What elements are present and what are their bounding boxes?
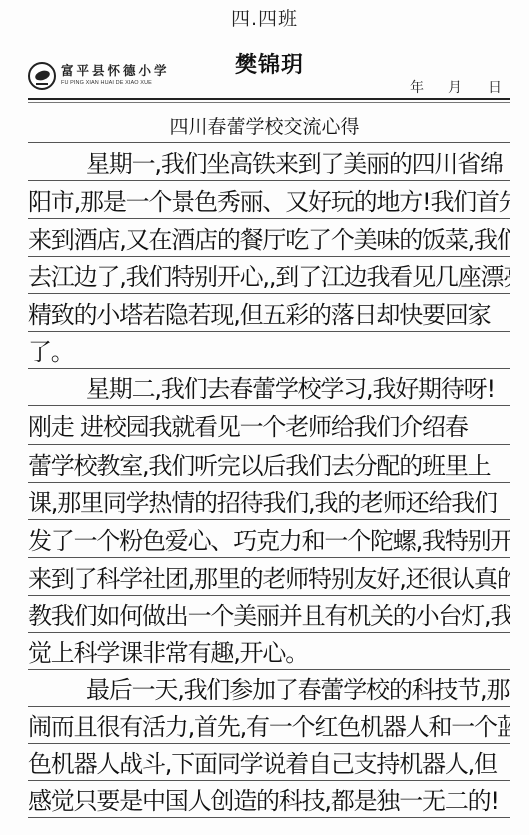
- date-year-label: 年: [410, 77, 424, 97]
- school-name-cn: 富平县怀德小学: [61, 61, 170, 79]
- ruled-line: [28, 444, 510, 445]
- essay-line: 来到酒店,又在酒店的餐厅吃了个美味的饭菜,我们: [28, 225, 510, 255]
- ruled-line: [28, 743, 510, 744]
- ruled-line: [28, 293, 510, 294]
- ruled-line: [28, 706, 510, 707]
- ruled-line: [28, 405, 510, 406]
- class-label: 四.四班: [0, 4, 529, 31]
- essay-line: 蕾学校教室,我们听完以后我们去分配的班里上: [28, 451, 510, 481]
- essay-line: 闹而且很有活力,首先,有一个红色机器人和一个蓝: [28, 712, 510, 742]
- ruled-line: [28, 669, 510, 670]
- essay-line: 来到了科学社团,那里的老师特别友好,还很认真的: [28, 564, 510, 594]
- essay-line: 教我们如何做出一个美丽并且有机关的小台灯,我感: [28, 601, 510, 631]
- essay-line: 色机器人战斗,下面同学说着自己支持机器人,但: [28, 749, 510, 779]
- essay-line: 感觉只要是中国人创造的科技,都是独一无二的!: [28, 786, 510, 816]
- ruled-line: [28, 595, 510, 596]
- date-fields: 年 月 日: [400, 77, 510, 97]
- date-month-label: 月: [448, 77, 462, 97]
- essay-line: 精致的小塔若隐若现,但五彩的落日却快要回家: [28, 300, 510, 330]
- ruled-line: [28, 557, 510, 558]
- date-day-label: 日: [488, 77, 502, 97]
- school-logo: 富平县怀德小学 FU PING XIAN HUAI DE XIAO XUE: [28, 60, 178, 96]
- essay-line: 去江边了,我们特别开心,,到了江边我看见几座漂亮: [28, 262, 510, 292]
- ruled-line: [28, 632, 510, 633]
- essay-line: 阳市,那是一个景色秀丽、又好玩的地方!我们首先: [28, 187, 510, 217]
- essay-line: 课,那里同学热情的招待我们,我的老师还给我们: [28, 488, 510, 518]
- ruled-line: [28, 331, 510, 332]
- essay-line: 了。: [28, 337, 510, 367]
- school-name-en: FU PING XIAN HUAI DE XIAO XUE: [61, 80, 152, 86]
- header-divider-thin: [28, 102, 510, 103]
- ruled-line: [28, 368, 510, 369]
- ruled-line: [28, 780, 510, 781]
- ruled-line: [28, 482, 510, 483]
- ruled-line: [28, 180, 510, 181]
- essay-line: 发了一个粉色爱心、巧克力和一个陀螺,我特别开心!又: [28, 526, 510, 556]
- essay-title: 四川春蕾学校交流心得: [0, 114, 529, 140]
- ruled-line: [28, 817, 510, 818]
- ruled-line: [28, 218, 510, 219]
- notebook-page: 四.四班 樊锦玥 富平县怀德小学 FU PING XIAN HUAI DE XI…: [0, 0, 529, 835]
- school-emblem-icon: [28, 62, 56, 90]
- essay-line: 星期二,我们去春蕾学校学习,我好期待呀!: [28, 374, 510, 404]
- essay-line: 刚走 进校园我就看见一个老师给我们介绍春: [28, 412, 510, 442]
- essay-line: 最后一天,我们参加了春蕾学校的科技节,那里热: [28, 675, 510, 705]
- header-divider: [28, 98, 510, 100]
- essay-line: 觉上科学课非常有趣,开心。: [28, 638, 510, 668]
- essay-line: 星期一,我们坐高铁来到了美丽的四川省绵: [28, 149, 510, 179]
- ruled-line: [28, 142, 510, 143]
- ruled-line: [28, 256, 510, 257]
- ruled-line: [28, 519, 510, 520]
